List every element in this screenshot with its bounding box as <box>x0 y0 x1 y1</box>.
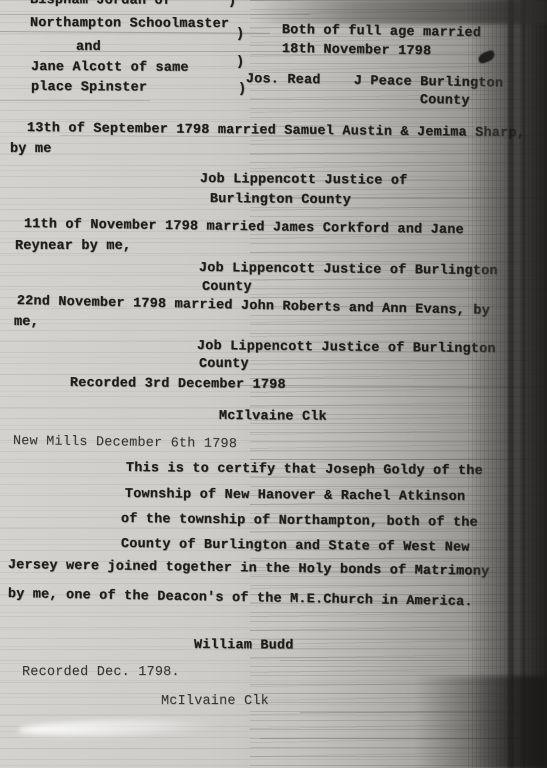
scan-streak <box>280 660 547 661</box>
white-glare-streak <box>18 717 218 737</box>
document-line: This is to certify that Joseph Goldy of … <box>126 462 483 480</box>
document-line: County of Burlington and State of West N… <box>121 538 470 556</box>
document-line: ) <box>236 28 244 43</box>
document-line: Burlington County <box>210 193 351 209</box>
scan-streak <box>0 100 150 101</box>
edge-texture <box>468 0 547 768</box>
document-line: Jane Alcott of same <box>31 61 189 77</box>
bottom-corner-shadow <box>415 676 547 768</box>
document-line: Both of full age married <box>282 24 481 42</box>
document-line: Recorded Dec. 1798. <box>22 666 180 681</box>
binding-crease-line <box>508 0 514 768</box>
document-line: by me, one of the Deacon's of the M.E.Ch… <box>8 588 473 611</box>
document-line: Job Lippencott Justice of <box>200 173 408 190</box>
document-line: Job Lippencott Justice of Burlington <box>199 262 498 280</box>
document-line: William Budd <box>194 639 294 654</box>
document-line: 13th of September 1798 married Samuel Au… <box>27 122 525 142</box>
document-line: place Spinster <box>31 81 147 96</box>
top-edge-shadow <box>255 0 547 24</box>
document-line: 22nd November 1798 married John Roberts … <box>17 295 490 320</box>
page-edge-shadow-band <box>468 0 547 768</box>
document-line: Recorded 3rd December 1798 <box>70 377 286 394</box>
scan-streak <box>250 459 547 460</box>
scan-streak <box>0 14 310 15</box>
document-line: County <box>202 281 252 296</box>
document-line: McIlvaine Clk <box>219 410 327 426</box>
ink-smudge <box>477 49 496 64</box>
document-line: Jersey were joined together in the Holy … <box>8 559 490 581</box>
scan-streak <box>300 712 547 713</box>
document-line: New Mills December 6th 1798 <box>13 435 237 453</box>
binding-crease-line <box>522 0 525 768</box>
scanline-overlay-right <box>250 0 547 768</box>
document-line: me, <box>14 316 39 331</box>
document-line: of the township of Northampton, both of … <box>121 513 478 532</box>
document-line: ) <box>238 83 246 98</box>
document-line: Reynear by me, <box>15 240 131 255</box>
document-line: Job Lippencott Justice of Burlington <box>197 340 496 358</box>
document-line: ) <box>228 0 236 10</box>
document-line: County <box>199 358 249 373</box>
document-line: and <box>76 41 101 56</box>
document-line: Northampton Schoolmaster <box>30 17 229 33</box>
document-line: Bispham Jordan of <box>30 0 171 10</box>
scanned-document-page: Bispham Jordan of)Northampton Schoolmast… <box>0 0 547 768</box>
document-line: McIlvaine Clk <box>161 695 269 710</box>
document-line: Township of New Hanover & Rachel Atkinso… <box>125 488 465 506</box>
scan-streak <box>260 738 547 739</box>
document-line: 11th of November 1798 married James Cork… <box>24 218 464 239</box>
document-line: by me <box>10 143 52 158</box>
document-line: Jos. Read J Peace Burlington <box>246 73 504 92</box>
document-line: 18th November 1798 <box>282 43 432 60</box>
document-line: ) <box>236 56 244 71</box>
document-line: County <box>420 94 470 110</box>
